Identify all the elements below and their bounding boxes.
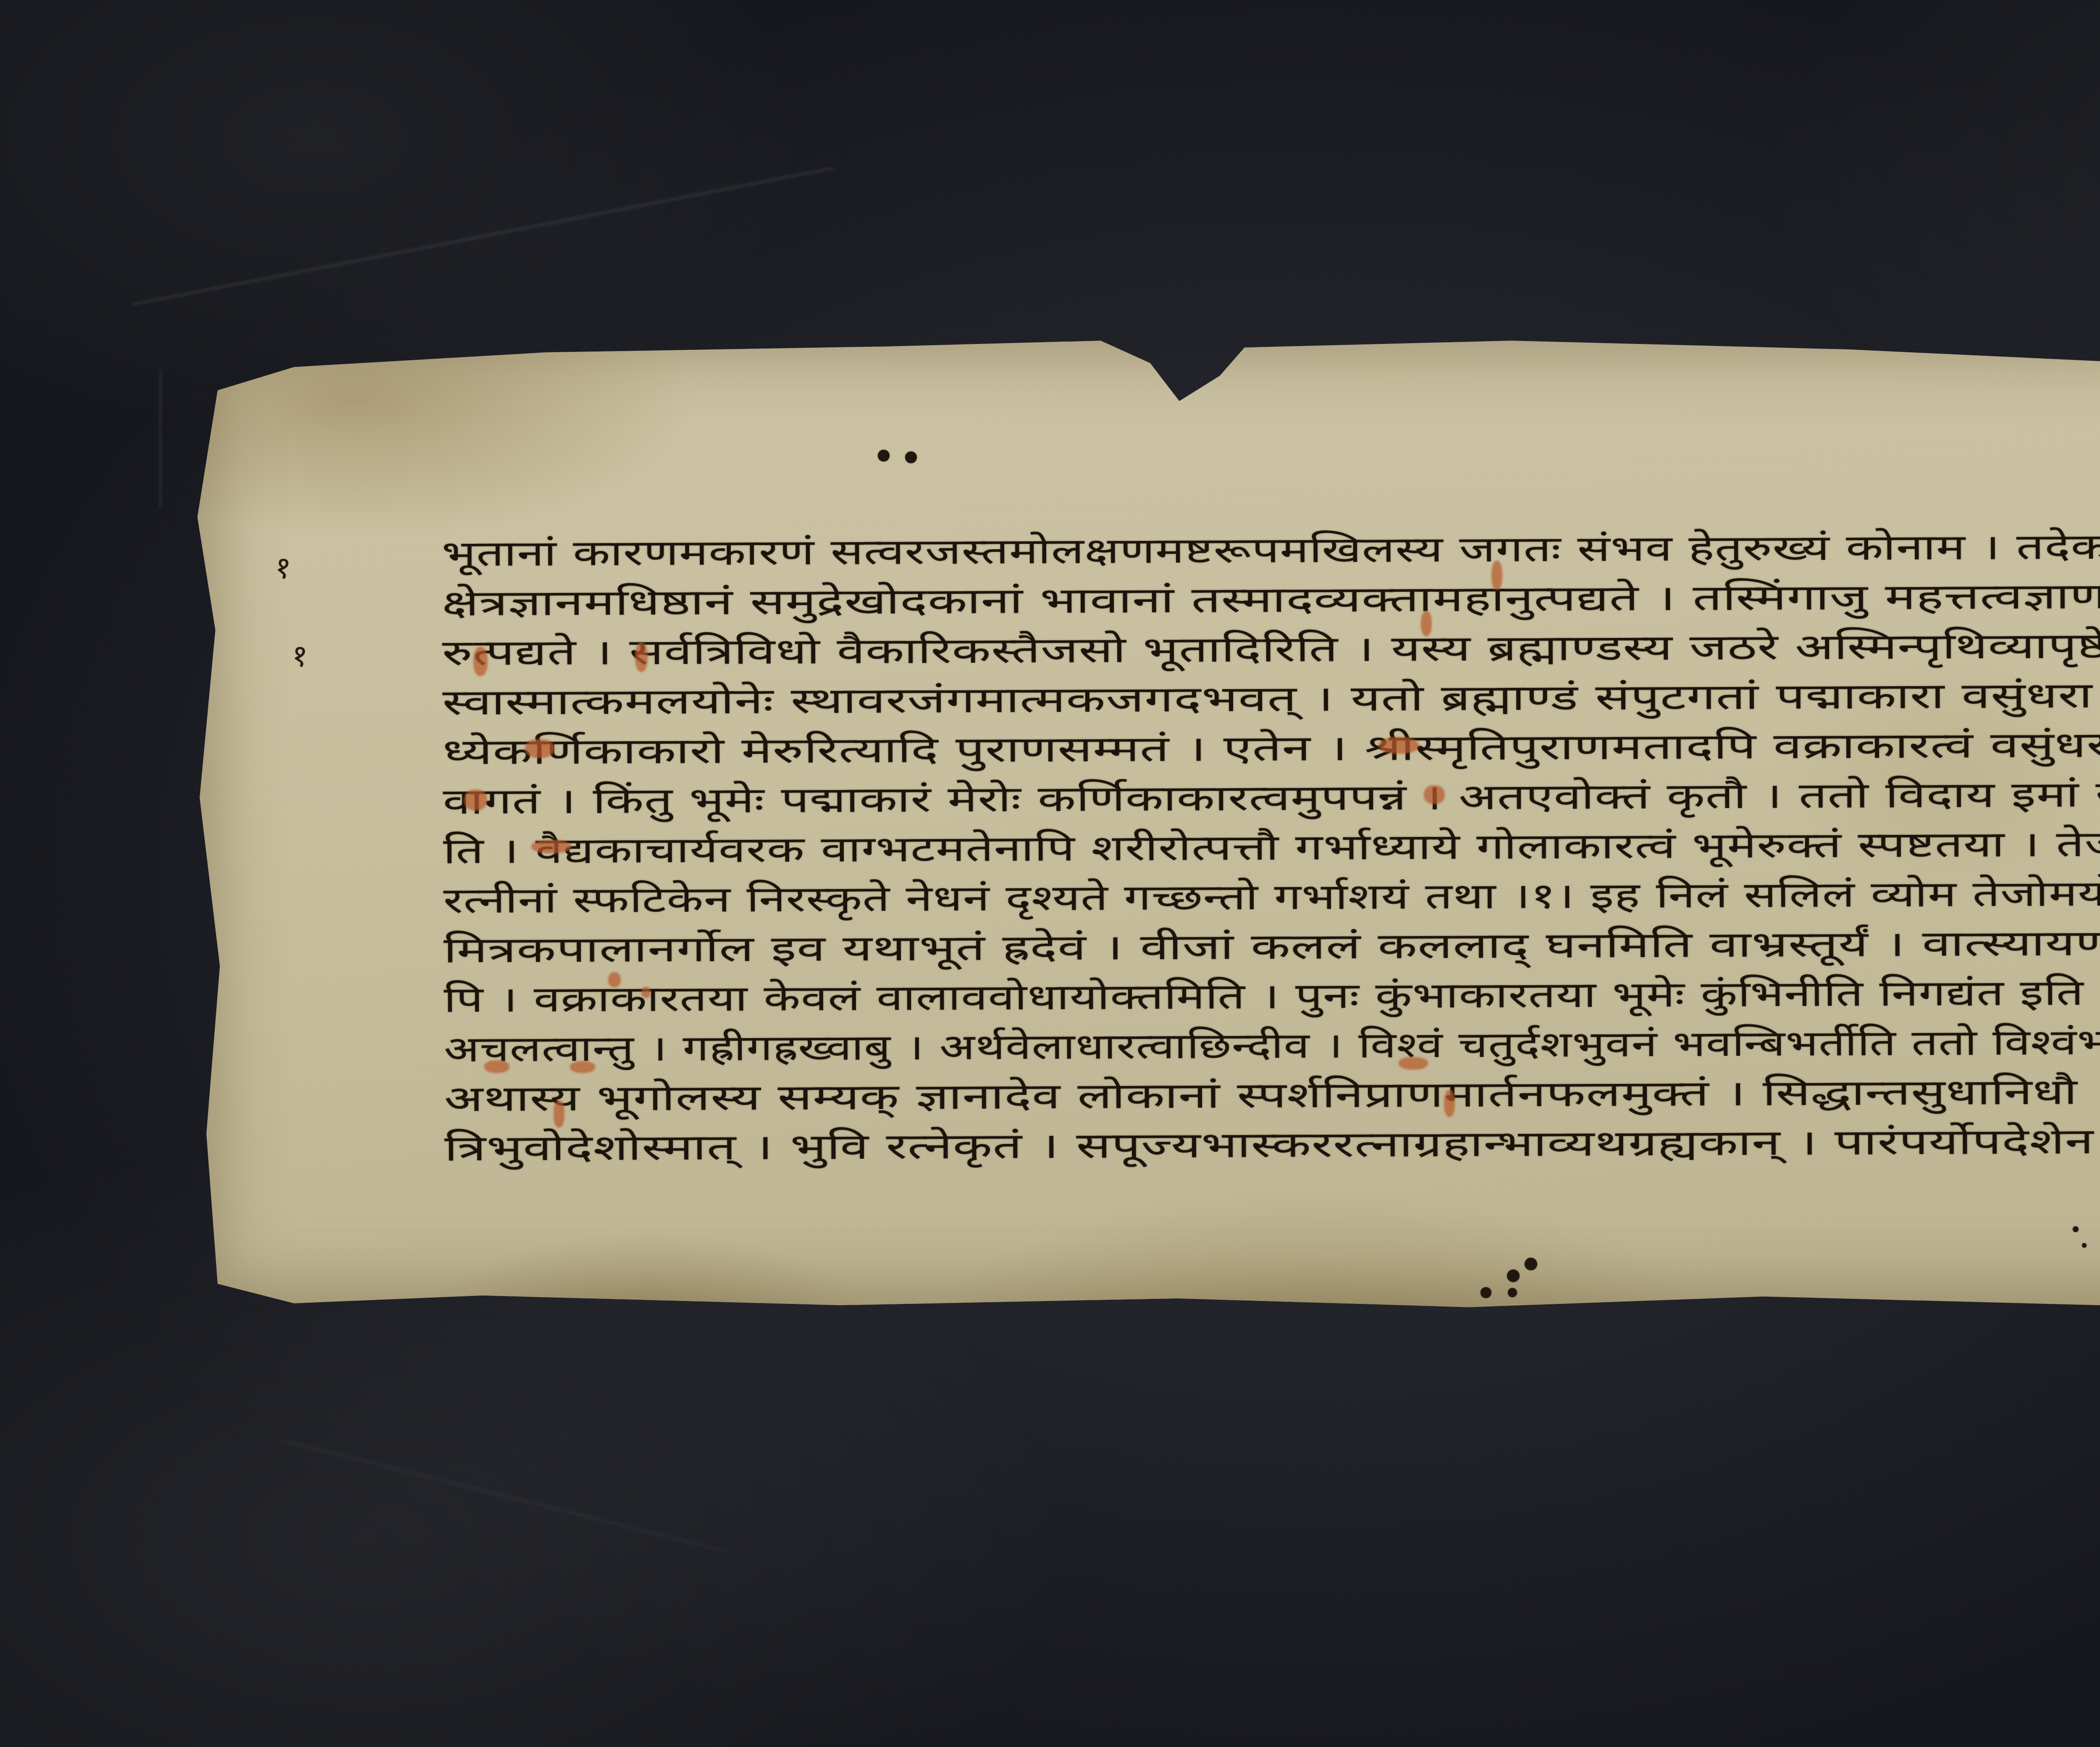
manuscript-line: ध्येकर्णिकाकारो मेरुरित्यादि पुराणसम्मतं… [443, 719, 2100, 776]
vermillion-accent-mark [464, 790, 487, 811]
left-margin-folio-mark: १ [291, 634, 309, 676]
vermillion-accent-mark [608, 972, 621, 987]
vermillion-accent-mark [1379, 737, 1419, 754]
manuscript-line: रुत्पद्यते । सर्वत्रिविधो वैकारिकस्तैजसो… [442, 620, 2100, 678]
ink-dot [1480, 1287, 1491, 1298]
ink-dot [905, 451, 917, 463]
manuscript-line: स्वास्मात्कमलयोनेः स्थावरजंगमात्मकजगदभवत… [442, 670, 2100, 727]
manuscript-line: त्रिभुवोदेशोस्मात् । भुवि रत्नेकृतं । सप… [444, 1116, 2100, 1173]
vermillion-accent-mark [473, 647, 488, 676]
manuscript-line: ति । वैद्यकाचार्यवरक वाग्भटमतेनापि शरीरो… [443, 818, 2100, 876]
manuscript-line: क्षेत्रज्ञानमधिष्ठानं समुद्रेखोदकानां भा… [442, 571, 2100, 628]
vermillion-accent-mark [1421, 611, 1432, 636]
vermillion-accent-mark [531, 840, 571, 853]
ink-dot [878, 450, 890, 462]
ink-dot [1507, 1270, 1520, 1282]
manuscript-line: पि । वक्राकारतया केवलं वालाववोधायोक्तमित… [444, 967, 2100, 1025]
ink-dot [2073, 1226, 2079, 1232]
background-scratch [132, 167, 834, 305]
vermillion-accent-mark [570, 1061, 595, 1073]
vermillion-accent-mark [1399, 1057, 1428, 1070]
manuscript-line: वागतं । किंतु भूमेः पद्माकारं मेरोः कर्ण… [443, 769, 2100, 826]
background-scratch [160, 370, 161, 508]
manuscript-line: अचलत्वान्तु । गह्रीगह्रख्वाबु । अर्थवेला… [444, 1017, 2100, 1074]
photograph: १ १ भूतानां कारणमकारणं सत्वरजस्तमोलक्षणम… [0, 0, 2100, 1747]
ink-dot [1508, 1288, 1517, 1297]
manuscript-line: मित्रकपालानर्गोल इव यथाभूतं ह्रदेवं । वी… [444, 918, 2100, 975]
manuscript-line: भूतानां कारणमकारणं सत्वरजस्तमोलक्षणमष्टर… [442, 521, 2100, 579]
left-margin-folio-mark: १ [272, 545, 294, 588]
vermillion-accent-mark [1444, 1090, 1455, 1117]
vermillion-accent-mark [554, 1100, 564, 1128]
vermillion-accent-mark [641, 987, 651, 998]
manuscript-text-block: भूतानां कारणमकारणं सत्वरजस्तमोलक्षणमष्टर… [442, 521, 2100, 1173]
manuscript-line: अथास्य भूगोलस्य सम्यक् ज्ञानादेव लोकानां… [444, 1066, 2100, 1124]
vermillion-accent-mark [525, 739, 554, 758]
vermillion-accent-mark [484, 1060, 509, 1073]
background-scratch [280, 1439, 728, 1553]
ink-dot [2082, 1243, 2087, 1248]
vermillion-accent-mark [635, 643, 648, 672]
manuscript-page: १ १ भूतानां कारणमकारणं सत्वरजस्तमोलक्षणम… [197, 334, 2100, 1308]
ink-dot [1525, 1258, 1537, 1270]
vermillion-accent-mark [1491, 561, 1502, 590]
manuscript-line: रत्नीनां स्फटिकेन निरस्कृते नेधनं दृश्यत… [443, 868, 2100, 926]
vermillion-accent-mark [1424, 785, 1445, 804]
